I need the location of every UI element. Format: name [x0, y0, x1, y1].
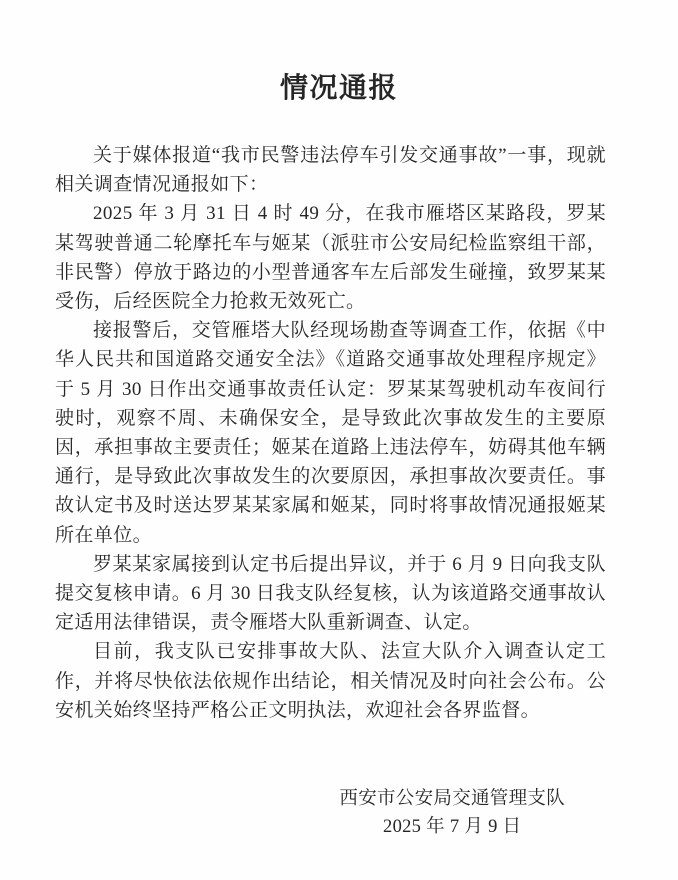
paragraph-intro: 关于媒体报道“我市民警违法停车引发交通事故”一事，现就相关调查情况通报如下：: [55, 141, 606, 199]
signature-block: 西安市公安局交通管理支队 2025 年 7 月 9 日: [0, 785, 678, 841]
signature-date: 2025 年 7 月 9 日: [339, 813, 565, 841]
paragraph-current-status: 目前，我支队已安排事故大队、法宣大队介入调查认定工作，并将尽快依法依规作出结论，…: [55, 637, 606, 725]
document-title: 情况通报: [0, 70, 678, 108]
document-body: 关于媒体报道“我市民警违法停车引发交通事故”一事，现就相关调查情况通报如下： 2…: [55, 141, 606, 725]
paragraph-family-appeal: 罗某某家属接到认定书后提出异议，并于 6 月 9 日向我支队提交复核申请。6 月…: [55, 550, 606, 638]
paragraph-accident-description: 2025 年 3 月 31 日 4 时 49 分，在我市雁塔区某路段，罗某某驾驶…: [55, 199, 606, 316]
document-page: 情况通报 关于媒体报道“我市民警违法停车引发交通事故”一事，现就相关调查情况通报…: [0, 0, 678, 880]
signature-inner: 西安市公安局交通管理支队 2025 年 7 月 9 日: [339, 785, 565, 841]
paragraph-investigation-findings: 接报警后，交管雁塔大队经现场勘查等调查工作，依据《中华人民共和国道路交通安全法》…: [55, 316, 606, 550]
signature-organization: 西安市公安局交通管理支队: [339, 785, 565, 813]
